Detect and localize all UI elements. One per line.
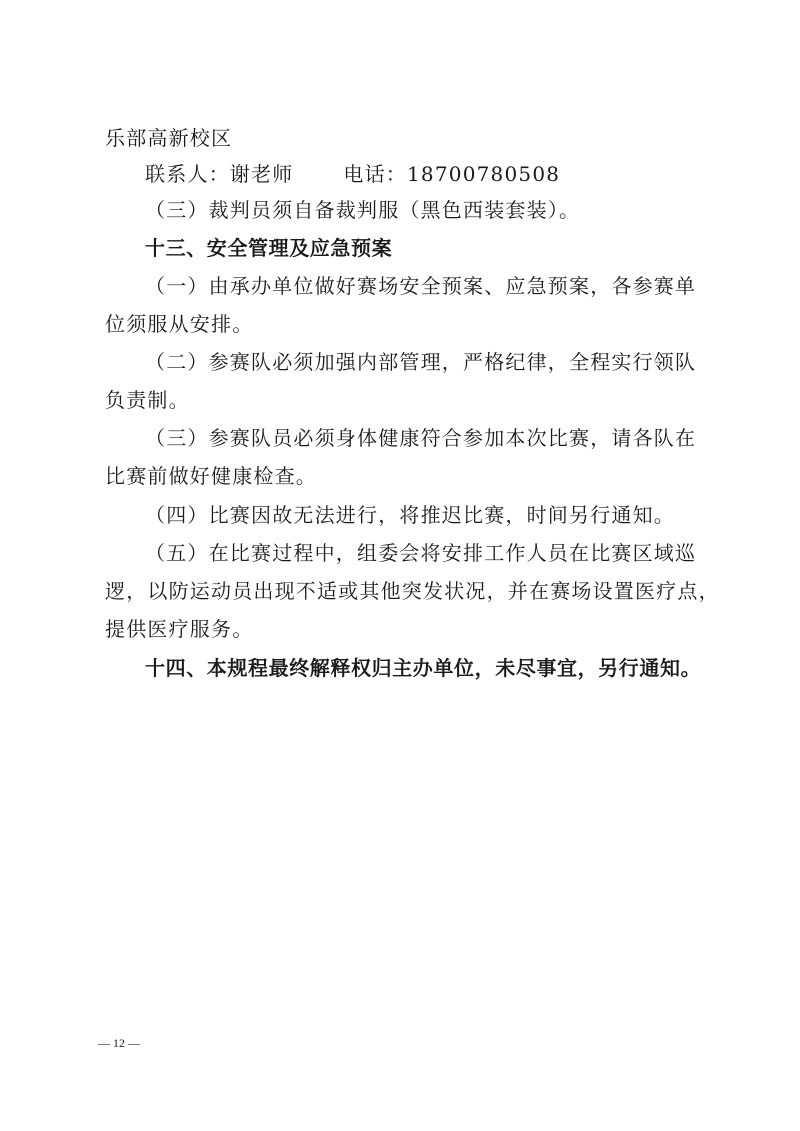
paragraph-line: （二）参赛队必须加强内部管理，严格纪律，全程实行领队 bbox=[145, 350, 696, 374]
paragraph-line: （四）比赛因故无法进行，将推迟比赛，时间另行通知。 bbox=[145, 503, 675, 527]
contact-phone: 电话：18700780508 bbox=[343, 162, 560, 186]
paragraph-line: （一）由承办单位做好赛场安全预案、应急预案，各参赛单 bbox=[145, 274, 696, 298]
page-number: — 12 — bbox=[98, 1036, 140, 1051]
paragraph-line: （五）在比赛过程中，组委会将安排工作人员在比赛区域巡 bbox=[145, 541, 696, 565]
paragraph-line: 乐部高新校区 bbox=[105, 126, 232, 150]
paragraph-line: 比赛前做好健康检查。 bbox=[105, 464, 317, 488]
document-page: 乐部高新校区 联系人：谢老师电话：18700780508 （三）裁判员须自备裁判… bbox=[0, 0, 800, 1131]
contact-person: 联系人：谢老师 bbox=[145, 162, 293, 186]
paragraph-line: （三）裁判员须自备裁判服（黑色西装套装）。 bbox=[145, 198, 580, 222]
paragraph-line: 位须服从安排。 bbox=[105, 312, 253, 336]
paragraph-line: 逻，以防运动员出现不适或其他突发状况，并在赛场设置医疗点， bbox=[105, 579, 720, 603]
paragraph-line: 提供医疗服务。 bbox=[105, 617, 253, 641]
paragraph-line: （三）参赛队员必须身体健康符合参加本次比赛，请各队在 bbox=[145, 426, 696, 450]
section-heading-14: 十四、本规程最终解释权归主办单位，未尽事宜，另行通知。 bbox=[145, 656, 701, 680]
contact-line: 联系人：谢老师电话：18700780508 bbox=[145, 162, 560, 186]
section-heading-13: 十三、安全管理及应急预案 bbox=[145, 236, 392, 260]
paragraph-line: 负责制。 bbox=[105, 388, 190, 412]
